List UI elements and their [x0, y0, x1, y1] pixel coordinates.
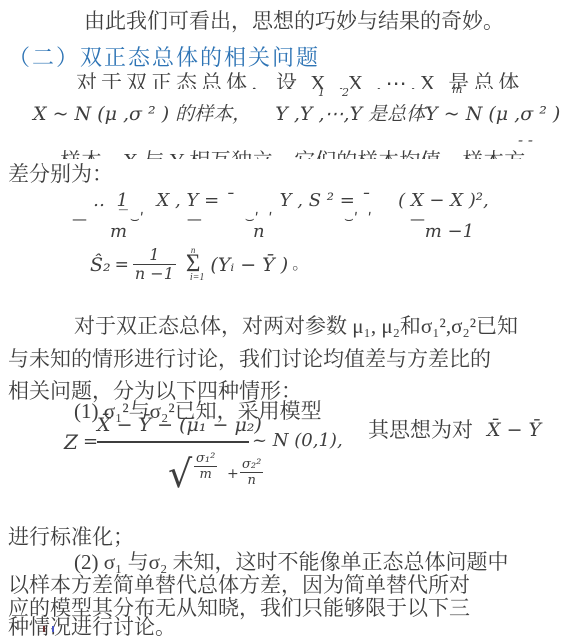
z-distribution: ~ N (0,1), — [252, 430, 343, 451]
section-heading: （二）双正态总体的相关问题 — [8, 41, 320, 72]
z-numerator: X̄ − Ȳ − (μ₁ − μ₂) — [97, 414, 262, 436]
z-side-math: X̄ − Ȳ — [487, 419, 541, 441]
artifact-tick-blue — [52, 626, 54, 632]
sigma-icon: Σ — [186, 254, 201, 274]
sqrt-icon: √ — [168, 455, 192, 493]
paragraph2-line4: 种情况进行讨论。 — [8, 614, 176, 640]
stray-subscript-m: m — [452, 83, 462, 96]
sqrt-frac2-den: n — [240, 472, 263, 487]
sum-lower-limit: i=1 — [190, 274, 205, 282]
s2-frac-num: 1 — [133, 247, 176, 264]
clipped-line-2: 样本，X 与 Y 相互独立，它们的样本均值、样本方 — [60, 148, 560, 159]
sqrt-frac2-num: σ₂² — [240, 458, 263, 472]
s2-period: 。 — [292, 255, 308, 275]
sample-stats-formula-bottom: m n m −1 — [110, 221, 474, 242]
stray-dashes: - - — [518, 131, 533, 149]
fraction-bar — [97, 441, 249, 443]
z-lhs: Z — [64, 430, 78, 454]
z-side-note: 其思想为对 — [368, 417, 473, 443]
paragraph1-line1: 对于双正态总体，对两对参数 μ₁, μ₂和σ₁²,σ₂²已知 — [74, 313, 518, 339]
summation: n Σ i=1 — [182, 247, 205, 282]
distribution-line: X ~ N (μ ,σ ² ) 的样本， Y ,Y ,⋯,Y 是总体Y ~ N … — [33, 99, 561, 126]
s2-lhs: Ŝ₂ — [90, 254, 111, 276]
document-page[interactable]: 由此我们可看出，思想的巧妙与结果的奇妙。 （二）双正态总体的相关问题 对于双正态… — [0, 0, 561, 643]
sqrt-frac1-den: m — [194, 466, 217, 481]
sample-stats-formula-top: ‥ 1̲ X , Y = ¯ Y , S ² = ¯ ( X − X )², — [93, 190, 489, 211]
clipped-line-1-text: 对于双正态总体，设 X ,X ,⋯,X 是总体 — [76, 70, 551, 89]
sqrt-frac1-num: σ₁² — [194, 452, 217, 466]
clipped-line-2-text: 样本，X 与 Y 相互独立，它们的样本均值、样本方 — [60, 148, 560, 159]
paragraph1-line2: 与未知的情形进行讨论，我们讨论均值差与方差比的 — [8, 346, 491, 372]
variance-intro-line: 差分别为： — [8, 161, 113, 187]
stray-subscript-2: 2 — [342, 86, 349, 99]
s2-frac-den: n −1 — [133, 264, 176, 282]
intro-sentence: 由此我们可看出，思想的巧妙与结果的奇妙。 — [84, 8, 504, 34]
artifact-tick-red — [43, 626, 45, 632]
standardize-line: 进行标准化； — [8, 524, 134, 550]
stray-subscript-1: 1 — [318, 86, 325, 99]
s2-equals: = — [115, 255, 129, 275]
sqrt-plus: + — [227, 466, 239, 482]
s2-body: (Yᵢ − Ȳ ) — [210, 254, 288, 276]
z-equals: = — [83, 431, 98, 452]
s2-formula: Ŝ₂ = 1 n −1 n Σ i=1 (Yᵢ − Ȳ ) 。 — [90, 247, 308, 282]
clipped-line-1: 对于双正态总体，设 X ,X ,⋯,X 是总体 — [76, 70, 551, 89]
